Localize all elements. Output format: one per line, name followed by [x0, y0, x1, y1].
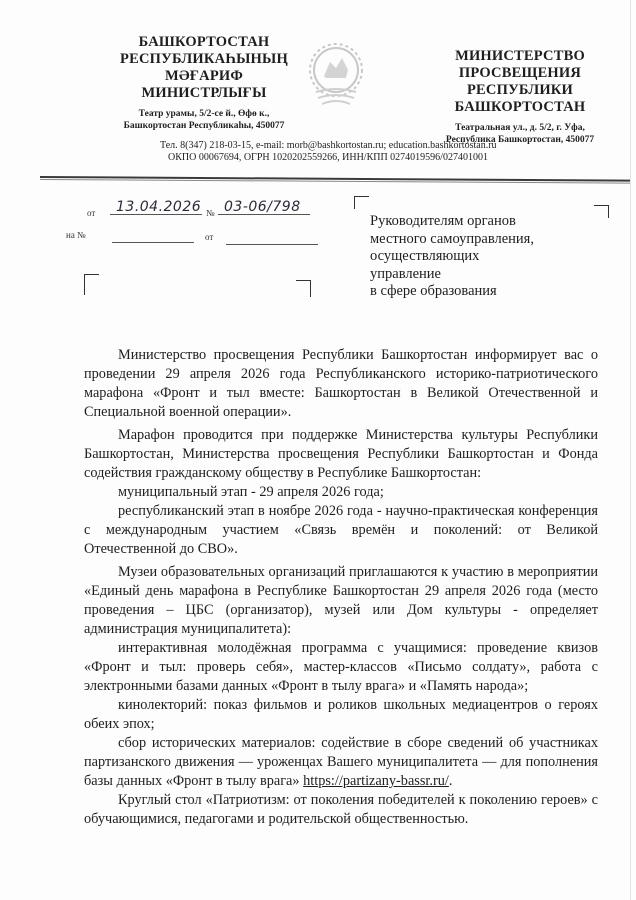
paragraph-municipal-stage: муниципальный этап - 29 апреля 2026 года…	[84, 483, 598, 502]
contact-details: Тел. 8(347) 218-03-15, e-mail: morb@bash…	[160, 140, 580, 164]
registration-date: 13.04.2026	[116, 199, 201, 215]
org-name-bashkir: БАШКОРТОСТАН РЕСПУБЛИКАҺЫНЫҢ МӘҒАРИФ МИН…	[88, 34, 320, 102]
org-name-line: РЕСПУБЛИКАҺЫНЫҢ	[88, 51, 320, 68]
paragraph-museums: Музеи образовательных организаций пригла…	[84, 563, 598, 639]
address-line: Башкортостан Республикаһы, 450077	[88, 120, 320, 132]
number-field: 03-06/798	[218, 200, 310, 215]
address-line: Театральная ул., д. 5/2, г. Уфа,	[430, 122, 610, 134]
registration-number: 03-06/798	[224, 199, 301, 215]
paragraph-republican-stage: республиканский этап в ноябре 2026 года …	[84, 502, 598, 559]
fold-corner-top-right	[296, 280, 311, 297]
paragraph-film-lecture: кинолекторий: показ фильмов и роликов шк…	[84, 696, 598, 734]
number-label: №	[206, 208, 215, 218]
addressee-line: местного самоуправления,	[370, 231, 610, 249]
org-name-line: ПРОСВЕЩЕНИЯ	[430, 65, 610, 82]
org-name-line: РЕСПУБЛИКИ	[430, 82, 610, 99]
paragraph-materials: сбор исторических материалов: содействие…	[84, 734, 598, 791]
coat-of-arms-icon	[306, 40, 366, 112]
addressee-block: Руководителям органов местного самоуправ…	[370, 213, 610, 301]
reply-number-label: на №	[66, 230, 86, 240]
contact-registry-codes: ОКПО 00067694, ОГРН 1020202559266, ИНН/К…	[160, 152, 580, 164]
address-line: Театр урамы, 5/2-се й., Өфө к.,	[88, 108, 320, 120]
addressee-corner-top-left	[354, 196, 369, 209]
paragraph-round-table: Круглый стол «Патриотизм: от поколения п…	[84, 791, 598, 829]
link-suffix: .	[449, 773, 453, 789]
fold-corner-top-left	[84, 274, 99, 295]
reply-date-label: от	[205, 232, 213, 242]
org-name-line: МИНИСТРЛЫҒЫ	[88, 85, 320, 102]
org-name-russian: МИНИСТЕРСТВО ПРОСВЕЩЕНИЯ РЕСПУБЛИКИ БАШК…	[430, 48, 610, 116]
contact-phone-email: Тел. 8(347) 218-03-15, e-mail: morb@bash…	[160, 140, 580, 152]
org-name-line: МӘҒАРИФ	[88, 68, 320, 85]
paragraph-support: Марафон проводится при поддержке Министе…	[84, 426, 598, 483]
reply-date-field	[226, 230, 318, 245]
addressee-line: в сфере образования	[370, 283, 610, 301]
reply-number-field	[112, 228, 194, 243]
paragraph-youth-program: интерактивная молодёжная программа с уча…	[84, 639, 598, 696]
date-label: от	[87, 208, 95, 218]
header-left-bashkir: БАШКОРТОСТАН РЕСПУБЛИКАҺЫНЫҢ МӘҒАРИФ МИН…	[88, 34, 320, 132]
header-right-russian: МИНИСТЕРСТВО ПРОСВЕЩЕНИЯ РЕСПУБЛИКИ БАШК…	[430, 48, 610, 146]
addressee-line: осуществляющих	[370, 248, 610, 266]
paragraph-announcement: Министерство просвещения Республики Башк…	[84, 346, 598, 422]
addressee-line: Руководителям органов	[370, 213, 610, 231]
scan-edge-line	[630, 0, 631, 900]
partizany-link[interactable]: https://partizany-bassr.ru/	[303, 773, 449, 789]
org-name-line: МИНИСТЕРСТВО	[430, 48, 610, 65]
org-name-line: БАШКОРТОСТАН	[430, 99, 610, 116]
org-address-bashkir: Театр урамы, 5/2-се й., Өфө к., Башкорто…	[88, 108, 320, 132]
date-field: 13.04.2026	[110, 200, 202, 215]
org-name-line: БАШКОРТОСТАН	[88, 34, 320, 51]
addressee-line: управление	[370, 266, 610, 284]
letter-body: Министерство просвещения Республики Башк…	[84, 346, 598, 829]
